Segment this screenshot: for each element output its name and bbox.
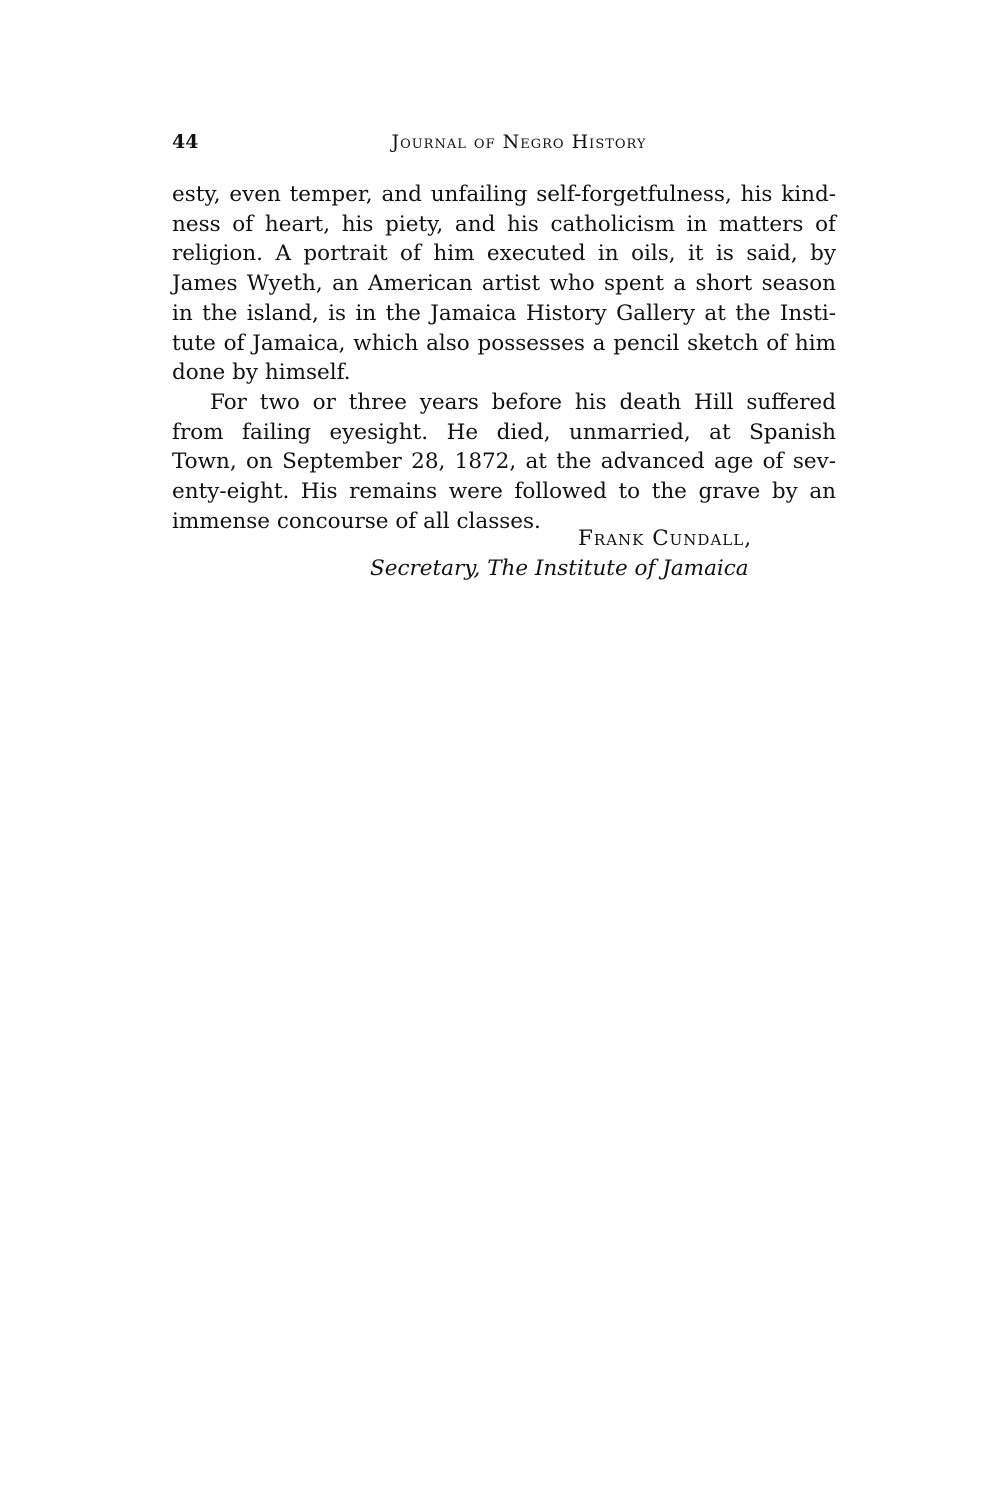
journal-title: Journal of Negro History <box>172 131 836 153</box>
text-line: from failing eyesight. He died, unmarrie… <box>172 418 836 448</box>
paragraph: For two or three years before his death … <box>172 388 836 537</box>
paragraph: esty, even temper, and unfailing self-fo… <box>172 180 836 388</box>
text-line: enty-eight. His remains were followed to… <box>172 477 836 507</box>
running-head: 44 Journal of Negro History <box>172 131 836 159</box>
author-name: Frank Cundall, <box>172 524 836 554</box>
author-title: Secretary, The Institute of Jamaica <box>172 554 836 584</box>
text-line: For two or three years before his death … <box>172 388 836 418</box>
text-line: ness of heart, his piety, and his cathol… <box>172 210 836 240</box>
text-line: esty, even temper, and unfailing self-fo… <box>172 180 836 210</box>
text-line: James Wyeth, an American artist who spen… <box>172 269 836 299</box>
text-line: Town, on September 28, 1872, at the adva… <box>172 447 836 477</box>
article-body: esty, even temper, and unfailing self-fo… <box>172 180 836 536</box>
text-line: in the island, is in the Jamaica History… <box>172 299 836 329</box>
text-line: religion. A portrait of him executed in … <box>172 239 836 269</box>
signature-block: Frank Cundall, Secretary, The Institute … <box>172 524 836 584</box>
text-line: tute of Jamaica, which also possesses a … <box>172 329 836 359</box>
text-line: done by himself. <box>172 358 836 388</box>
document-page: 44 Journal of Negro History esty, even t… <box>0 0 1000 1492</box>
